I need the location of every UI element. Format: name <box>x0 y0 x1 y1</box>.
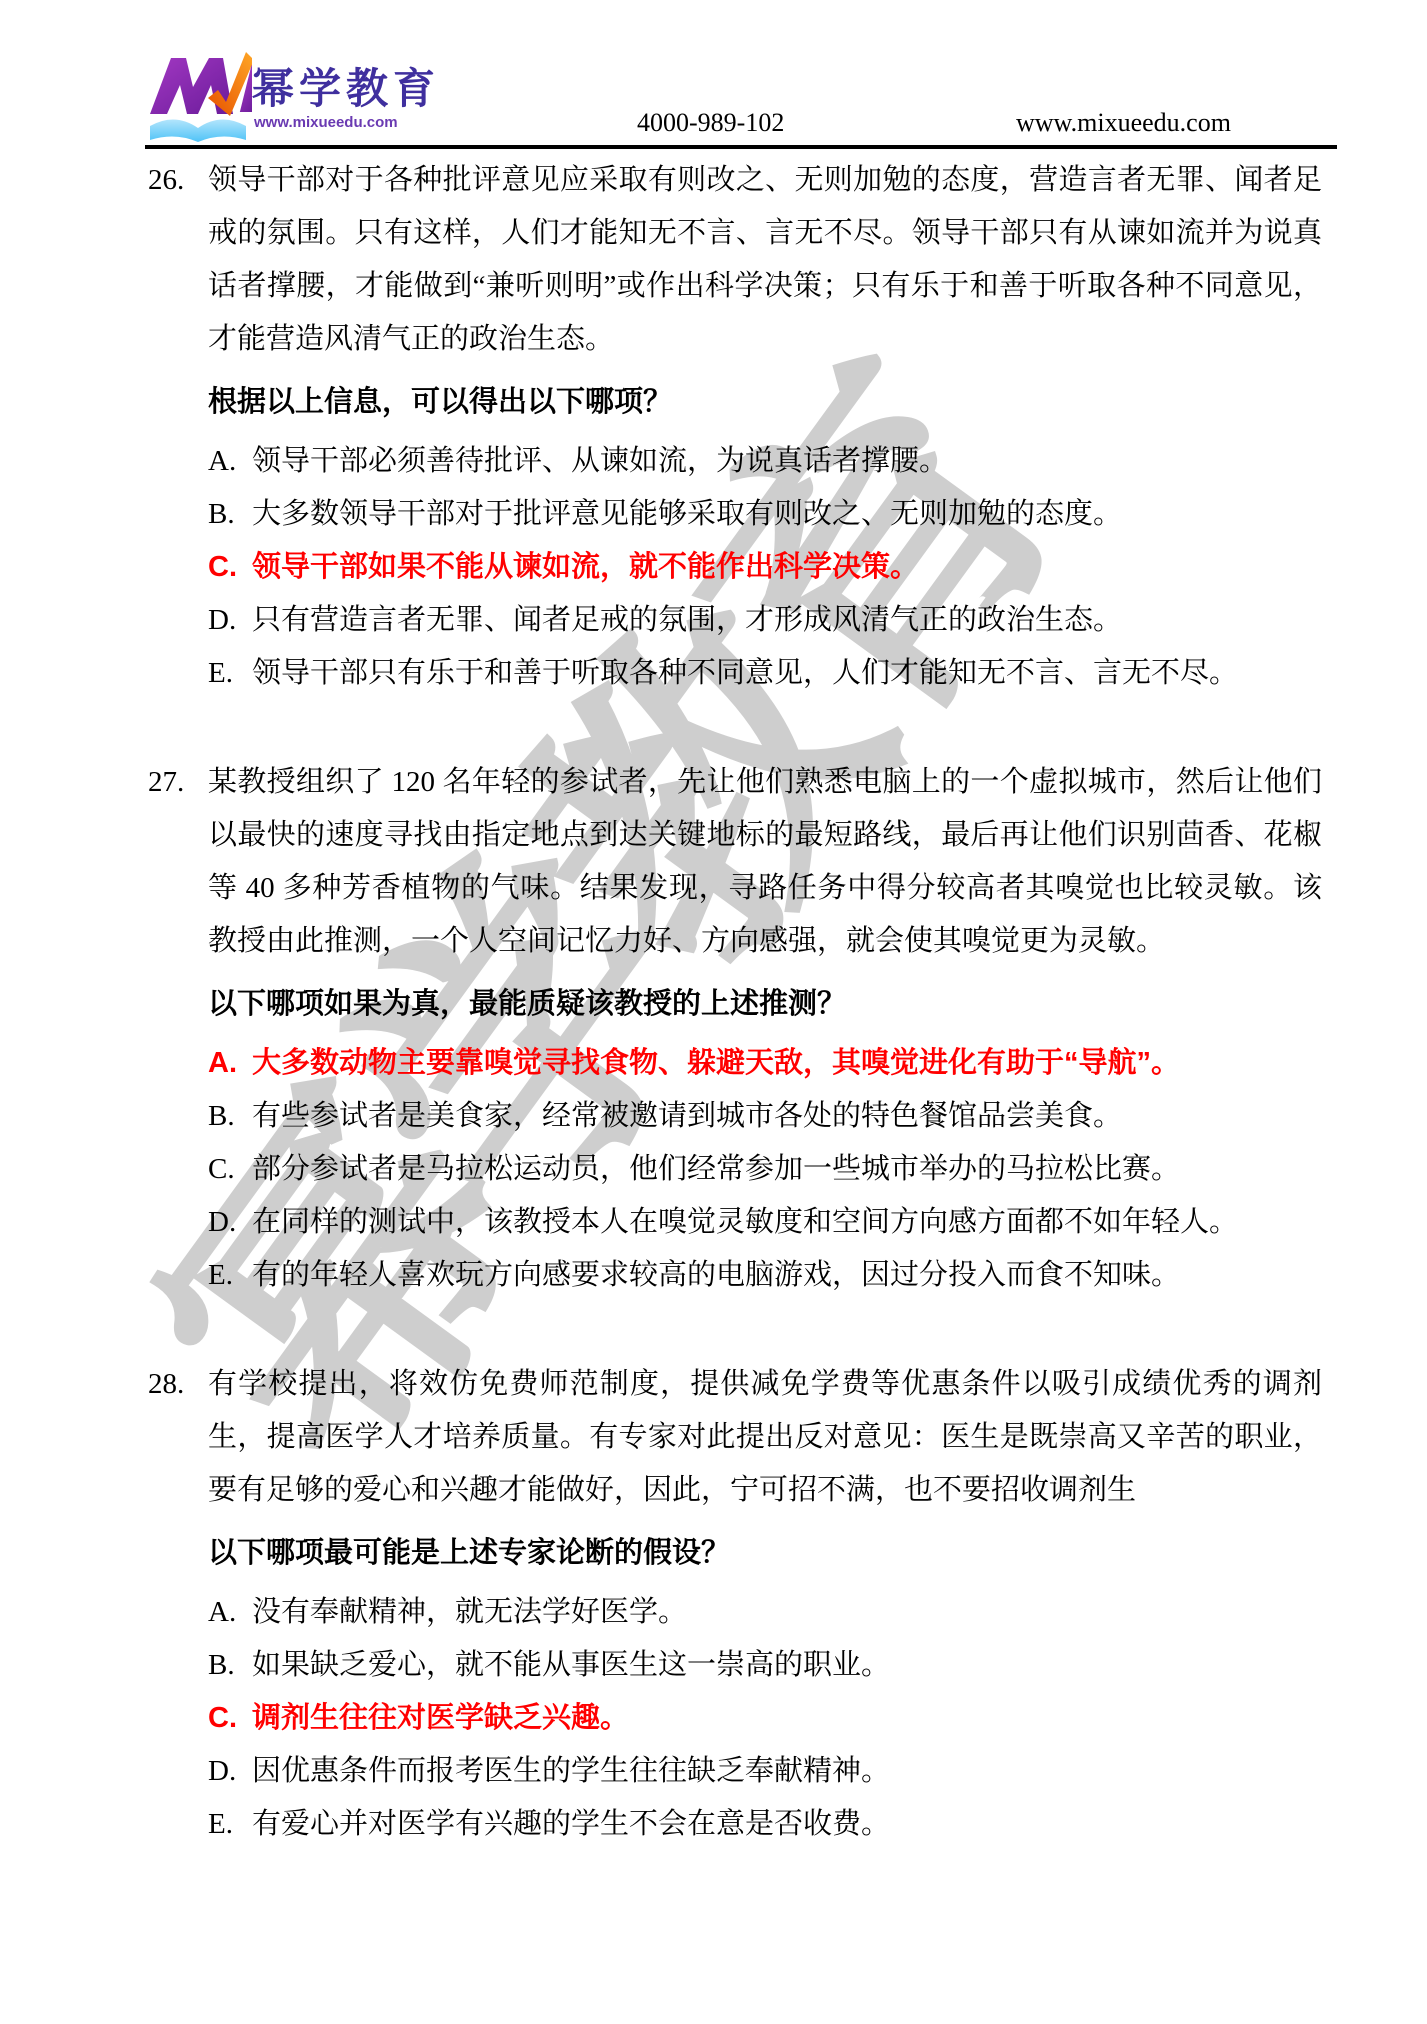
option-text: 只有营造言者无罪、闻者足戒的氛围，才形成风清气正的政治生态。 <box>252 594 1322 647</box>
option-text: 领导干部只有乐于和善于听取各种不同意见，人们才能知无不言、言无不尽。 <box>252 647 1322 700</box>
option-text: 有爱心并对医学有兴趣的学生不会在意是否收费。 <box>252 1798 1322 1851</box>
option-text: 领导干部必须善待批评、从谏如流，为说真话者撑腰。 <box>252 435 1322 488</box>
question-27-option-b: B.有些参试者是美食家，经常被邀请到城市各处的特色餐馆品尝美食。 <box>208 1090 1322 1143</box>
option-text: 因优惠条件而报考医生的学生往往缺乏奉献精神。 <box>252 1745 1322 1798</box>
question-27-option-c: C.部分参试者是马拉松运动员，他们经常参加一些城市举办的马拉松比赛。 <box>208 1143 1322 1196</box>
question-28-option-a: A.没有奉献精神，就无法学好医学。 <box>208 1586 1322 1639</box>
option-label: E. <box>208 1249 252 1302</box>
question-27-option-a-answer: A.大多数动物主要靠嗅觉寻找食物、躲避天敌，其嗅觉进化有助于“导航”。 <box>208 1037 1322 1090</box>
option-text: 调剂生往往对医学缺乏兴趣。 <box>252 1692 1322 1745</box>
question-28-prompt: 以下哪项最可能是上述专家论断的假设？ <box>208 1527 1322 1580</box>
question-27-option-d: D.在同样的测试中，该教授本人在嗅觉灵敏度和空间方向感方面都不如年轻人。 <box>208 1196 1322 1249</box>
option-label: A. <box>208 1037 252 1090</box>
option-text: 大多数领导干部对于批评意见能够采取有则改之、无则加勉的态度。 <box>252 488 1322 541</box>
question-28-option-b: B.如果缺乏爱心，就不能从事医生这一崇高的职业。 <box>208 1639 1322 1692</box>
question-27: 27. 某教授组织了 120 名年轻的参试者，先让他们熟悉电脑上的一个虚拟城市，… <box>148 756 1322 1302</box>
question-26: 26. 领导干部对于各种批评意见应采取有则改之、无则加勉的态度，营造言者无罪、闻… <box>148 154 1322 700</box>
option-label: C. <box>208 1692 252 1745</box>
question-27-number: 27. <box>148 756 184 809</box>
question-26-option-a: A.领导干部必须善待批评、从谏如流，为说真话者撑腰。 <box>208 435 1322 488</box>
logo-brand-text: 幂学教育 <box>252 56 440 116</box>
option-text: 如果缺乏爱心，就不能从事医生这一崇高的职业。 <box>252 1639 1322 1692</box>
question-27-option-e: E.有的年轻人喜欢玩方向感要求较高的电脑游戏，因过分投入而食不知味。 <box>208 1249 1322 1302</box>
option-label: A. <box>208 435 252 488</box>
option-label: B. <box>208 1639 252 1692</box>
option-label: D. <box>208 594 252 647</box>
option-text: 领导干部如果不能从谏如流，就不能作出科学决策。 <box>252 541 1322 594</box>
option-text: 有的年轻人喜欢玩方向感要求较高的电脑游戏，因过分投入而食不知味。 <box>252 1249 1322 1302</box>
question-28: 28. 有学校提出，将效仿免费师范制度，提供减免学费等优惠条件以吸引成绩优秀的调… <box>148 1358 1322 1851</box>
document-page: 幂学教育 幂学教育 www.mixueedu.com 4000-989-10 <box>0 0 1427 2024</box>
option-text: 大多数动物主要靠嗅觉寻找食物、躲避天敌，其嗅觉进化有助于“导航”。 <box>252 1037 1322 1090</box>
option-text: 部分参试者是马拉松运动员，他们经常参加一些城市举办的马拉松比赛。 <box>252 1143 1322 1196</box>
question-28-option-c-answer: C.调剂生往往对医学缺乏兴趣。 <box>208 1692 1322 1745</box>
question-26-prompt: 根据以上信息，可以得出以下哪项？ <box>208 376 1322 429</box>
question-27-prompt: 以下哪项如果为真，最能质疑该教授的上述推测？ <box>208 978 1322 1031</box>
header-divider <box>145 145 1337 149</box>
question-26-option-e: E.领导干部只有乐于和善于听取各种不同意见，人们才能知无不言、言无不尽。 <box>208 647 1322 700</box>
option-label: E. <box>208 647 252 700</box>
question-26-option-d: D.只有营造言者无罪、闻者足戒的氛围，才形成风清气正的政治生态。 <box>208 594 1322 647</box>
option-label: A. <box>208 1586 252 1639</box>
question-26-stem: 领导干部对于各种批评意见应采取有则改之、无则加勉的态度，营造言者无罪、闻者足戒的… <box>208 154 1322 366</box>
option-label: B. <box>208 488 252 541</box>
page-header: 幂学教育 www.mixueedu.com 4000-989-102 www.m… <box>0 0 1427 150</box>
option-label: E. <box>208 1798 252 1851</box>
question-26-option-c-answer: C.领导干部如果不能从谏如流，就不能作出科学决策。 <box>208 541 1322 594</box>
question-28-stem: 有学校提出，将效仿免费师范制度，提供减免学费等优惠条件以吸引成绩优秀的调剂生，提… <box>208 1358 1322 1517</box>
questions-area: 26. 领导干部对于各种批评意见应采取有则改之、无则加勉的态度，营造言者无罪、闻… <box>148 154 1322 1851</box>
option-text: 没有奉献精神，就无法学好医学。 <box>252 1586 1322 1639</box>
phone-number: 4000-989-102 <box>637 108 784 138</box>
question-28-number: 28. <box>148 1358 184 1411</box>
option-label: D. <box>208 1196 252 1249</box>
question-27-stem: 某教授组织了 120 名年轻的参试者，先让他们熟悉电脑上的一个虚拟城市，然后让他… <box>208 756 1322 968</box>
option-label: D. <box>208 1745 252 1798</box>
question-28-option-e: E.有爱心并对医学有兴趣的学生不会在意是否收费。 <box>208 1798 1322 1851</box>
question-28-option-d: D.因优惠条件而报考医生的学生往往缺乏奉献精神。 <box>208 1745 1322 1798</box>
option-label: B. <box>208 1090 252 1143</box>
question-26-number: 26. <box>148 154 184 207</box>
option-text: 在同样的测试中，该教授本人在嗅觉灵敏度和空间方向感方面都不如年轻人。 <box>252 1196 1322 1249</box>
option-label: C. <box>208 541 252 594</box>
option-text: 有些参试者是美食家，经常被邀请到城市各处的特色餐馆品尝美食。 <box>252 1090 1322 1143</box>
website-url: www.mixueedu.com <box>1016 108 1231 138</box>
option-label: C. <box>208 1143 252 1196</box>
question-26-option-b: B.大多数领导干部对于批评意见能够采取有则改之、无则加勉的态度。 <box>208 488 1322 541</box>
logo-url-text: www.mixueedu.com <box>254 114 398 131</box>
mx-logo-icon <box>148 50 252 144</box>
